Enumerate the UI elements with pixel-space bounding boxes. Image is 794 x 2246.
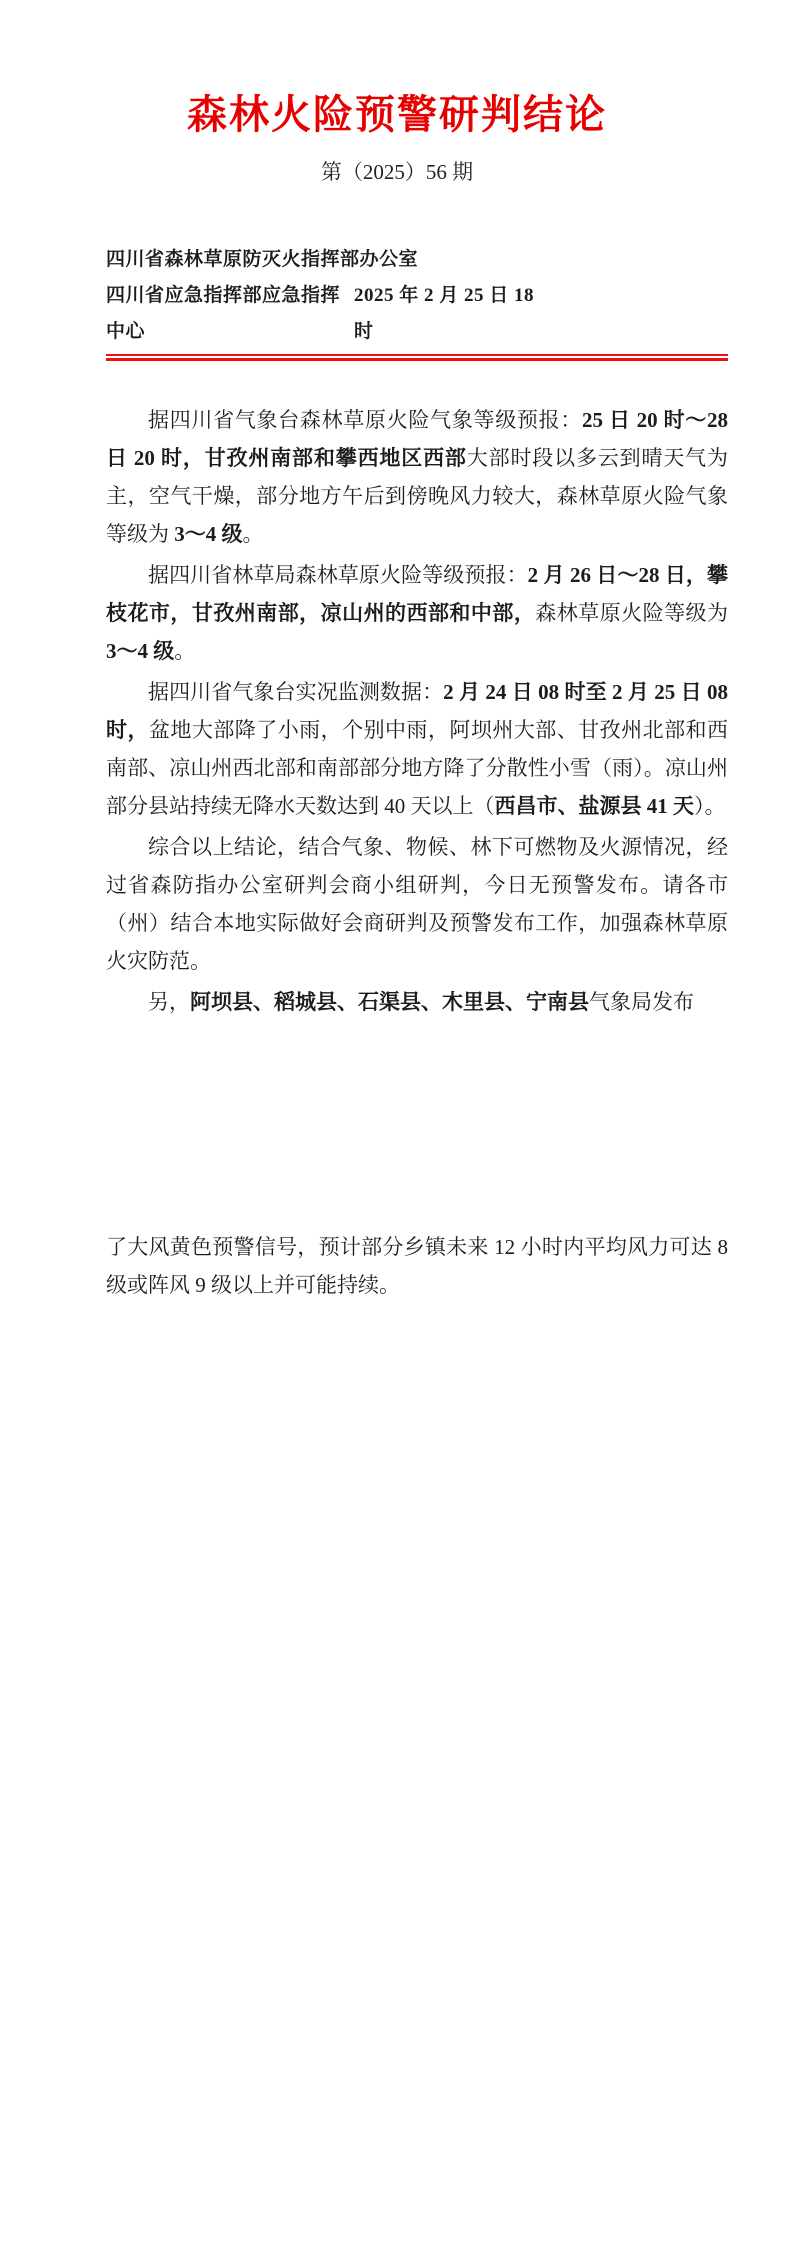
document-title: 森林火险预警研判结论 xyxy=(0,92,794,138)
text-run: 气象局发布 xyxy=(589,990,694,1014)
text-run: 。 xyxy=(243,522,264,546)
body-section-2: 了大风黄色预警信号，预计部分乡镇未来 12 小时内平均风力可达 8 级或阵风 9… xyxy=(106,1228,728,1304)
paragraph: 另，阿坝县、稻城县、石渠县、木里县、宁南县气象局发布 xyxy=(106,983,728,1021)
text-run: 据四川省气象台实况监测数据： xyxy=(148,680,443,704)
issue-number: 第（2025）56 期 xyxy=(0,158,794,186)
issuer-center-name: 四川省应急指挥部应急指挥中心 xyxy=(106,278,354,350)
red-divider-rule xyxy=(106,354,728,361)
paragraph: 据四川省气象台实况监测数据：2 月 24 日 08 时至 2 月 25 日 08… xyxy=(106,673,728,825)
issue-date: 2025 年 2 月 25 日 18 时 xyxy=(354,278,540,350)
paragraph: 据四川省林草局森林草原火险等级预报：2 月 26 日～28 日，攀枝花市，甘孜州… xyxy=(106,556,728,670)
text-run: 据四川省林草局森林草原火险等级预报： xyxy=(148,563,528,587)
document-body: 据四川省气象台森林草原火险气象等级预报：25 日 20 时～28 日 20 时，… xyxy=(106,401,728,1304)
issuer-center-line: 四川省应急指挥部应急指挥中心 2025 年 2 月 25 日 18 时 xyxy=(106,278,540,350)
text-run: 森林草原火险等级为 xyxy=(535,601,728,625)
text-run: 另， xyxy=(148,990,190,1014)
text-run: ）。 xyxy=(694,794,726,818)
issuer-block: 四川省森林草原防灭火指挥部办公室 四川省应急指挥部应急指挥中心 2025 年 2… xyxy=(106,242,728,350)
issuer-office-line: 四川省森林草原防灭火指挥部办公室 xyxy=(106,242,728,278)
paragraph: 了大风黄色预警信号，预计部分乡镇未来 12 小时内平均风力可达 8 级或阵风 9… xyxy=(106,1228,728,1304)
text-run: 据四川省气象台森林草原火险气象等级预报： xyxy=(148,408,582,432)
emphasis-text-run: 3～4 级 xyxy=(174,522,242,546)
text-run: 综合以上结论，结合气象、物候、林下可燃物及火源情况，经过省森防指办公室研判会商小… xyxy=(106,835,728,973)
emphasis-text-run: 3～4 级 xyxy=(106,639,174,663)
page-break-gap xyxy=(106,1024,728,1228)
content-area: 四川省森林草原防灭火指挥部办公室 四川省应急指挥部应急指挥中心 2025 年 2… xyxy=(106,242,728,1304)
emphasis-text-run: 阿坝县、稻城县、石渠县、木里县、宁南县 xyxy=(190,990,589,1014)
text-run: 了大风黄色预警信号，预计部分乡镇未来 12 小时内平均风力可达 8 级或阵风 9… xyxy=(106,1235,728,1297)
paragraph: 据四川省气象台森林草原火险气象等级预报：25 日 20 时～28 日 20 时，… xyxy=(106,401,728,553)
emphasis-text-run: 西昌市、盐源县 41 天 xyxy=(495,794,695,818)
paragraph: 综合以上结论，结合气象、物候、林下可燃物及火源情况，经过省森防指办公室研判会商小… xyxy=(106,828,728,980)
document-page: 森林火险预警研判结论 第（2025）56 期 四川省森林草原防灭火指挥部办公室 … xyxy=(0,0,794,2246)
body-section-1: 据四川省气象台森林草原火险气象等级预报：25 日 20 时～28 日 20 时，… xyxy=(106,401,728,1021)
text-run: 。 xyxy=(174,639,195,663)
